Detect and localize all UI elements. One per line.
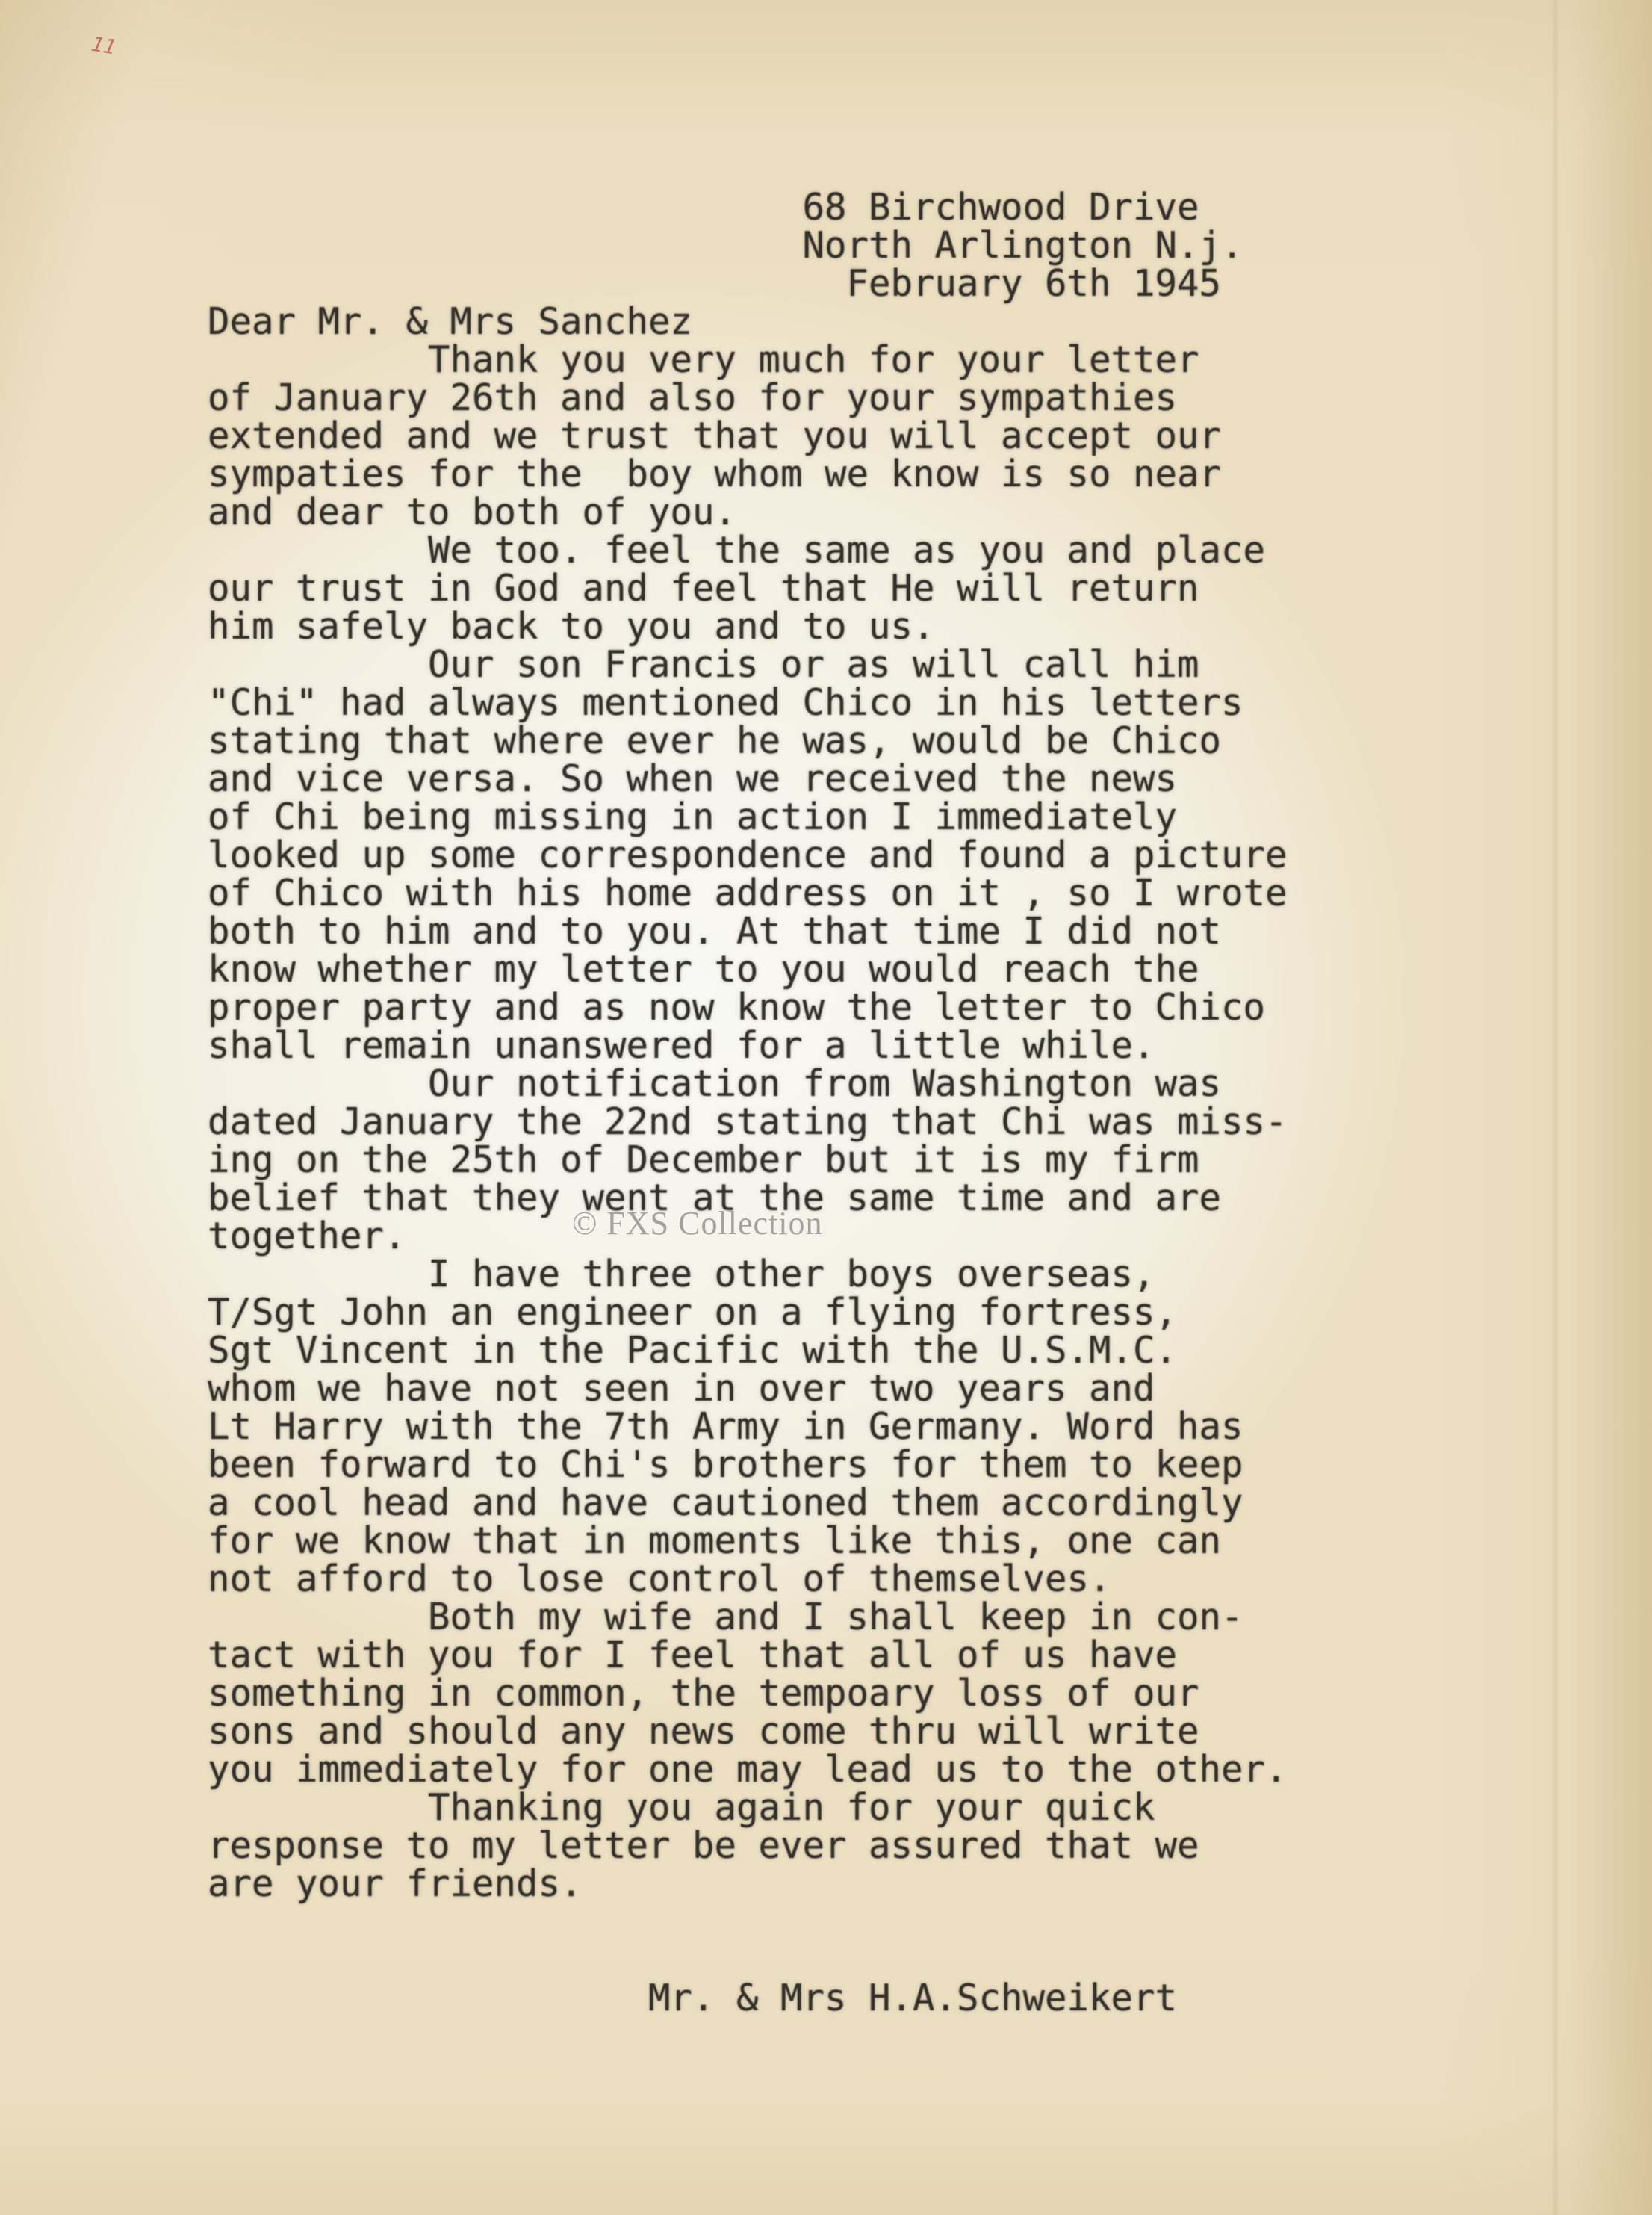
paper-crease [1552, 0, 1559, 2215]
watermark: © FXS Collection [572, 1204, 822, 1242]
red-pencil-mark: 11 [87, 33, 120, 58]
letter-text: 68 Birchwood Drive North Arlington N.j. … [208, 188, 1288, 2017]
scanned-letter-page: 11 68 Birchwood Drive North Arlington N.… [0, 0, 1652, 2215]
